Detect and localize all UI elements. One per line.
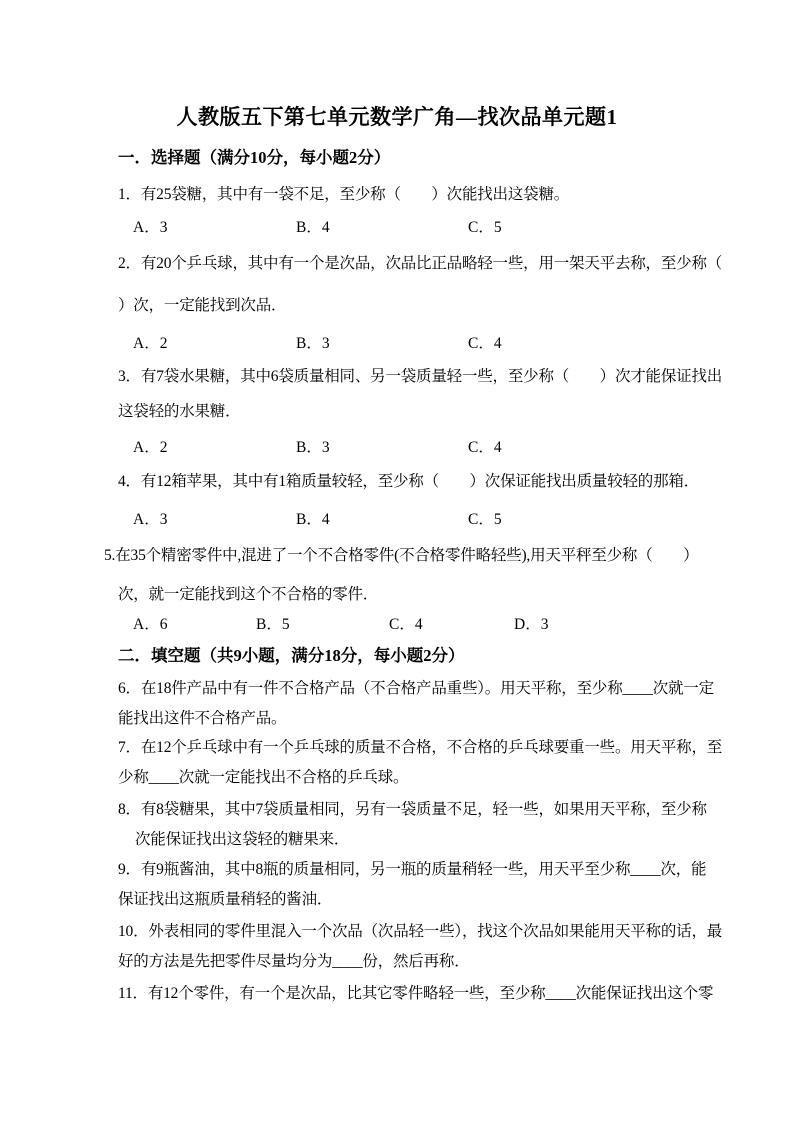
question-5-options: A．6 B．5 C．4 D．3 [118, 615, 738, 635]
question-6-line-1: 6．在18件产品中有一件不合格产品（不合格产品重些）。用天平称，至少称____次… [118, 679, 718, 699]
question-9-line-2: 保证找出这瓶质量稍轻的酱油． [118, 890, 718, 910]
option-a: A．2 [133, 438, 167, 458]
question-11-line-1: 11．有12个零件，有一个是次品，比其它零件略轻一些，至少称____次能保证找出… [118, 984, 718, 1004]
option-a: A．3 [133, 218, 167, 238]
section1-heading: 一．选择题（满分10分，每小题2分） [118, 148, 718, 168]
question-4-line-1: 4．有12箱苹果，其中有1箱质量较轻，至少称（ ）次保证能找出质量较轻的那箱． [118, 472, 718, 492]
page-title: 人教版五下第七单元数学广角—找次品单元题1 [0, 101, 794, 131]
question-10-line-2: 好的方法是先把零件尽量均分为____份，然后再称． [118, 952, 718, 972]
question-2-line-2: ）次，一定能找到次品． [118, 296, 718, 316]
option-d: D．3 [514, 615, 548, 635]
option-b: B．4 [296, 510, 330, 530]
option-c: C．5 [468, 510, 502, 530]
question-5-line-2: 次，就一定能找到这个不合格的零件． [118, 585, 718, 605]
question-7-line-1: 7．在12个乒乓球中有一个乒乓球的质量不合格，不合格的乒乓球要重一些。用天平称，… [118, 738, 718, 758]
question-7-line-2: 少称____次就一定能找出不合格的乒乓球。 [118, 768, 718, 788]
question-1-line-1: 1．有25袋糖，其中有一袋不足，至少称（ ）次能找出这袋糖。 [118, 185, 718, 205]
question-1-options: A．3 B．4 C．5 [118, 218, 738, 238]
question-2-options: A．2 B．3 C．4 [118, 334, 738, 354]
question-2-line-1: 2．有20个乒乓球，其中有一个是次品，次品比正品略轻一些，用一架天平去称，至少称… [118, 254, 718, 274]
option-c: C．4 [468, 438, 502, 458]
question-3-line-1: 3．有7袋水果糖，其中6袋质量相同、另一袋质量轻一些，至少称（ ）次才能保证找出 [118, 367, 718, 387]
question-3-options: A．2 B．3 C．4 [118, 438, 738, 458]
option-b: B．3 [296, 438, 330, 458]
option-b: B．4 [296, 218, 330, 238]
option-b: B．3 [296, 334, 330, 354]
question-8-line-2: 次能保证找出这袋轻的糖果来． [118, 830, 735, 850]
option-b: B．5 [256, 615, 290, 635]
option-c: C．5 [468, 218, 502, 238]
question-5-line-1: 5.在35个精密零件中,混进了一个不合格零件(不合格零件略轻些),用天平秤至少称… [104, 546, 704, 566]
question-4-options: A．3 B．4 C．5 [118, 510, 738, 530]
question-3-line-2: 这袋轻的水果糖． [118, 402, 718, 422]
question-6-line-2: 能找出这件不合格产品。 [118, 709, 718, 729]
option-a: A．3 [133, 510, 167, 530]
option-c: C．4 [389, 615, 423, 635]
option-c: C．4 [468, 334, 502, 354]
option-a: A．2 [133, 334, 167, 354]
question-8-line-1: 8．有8袋糖果，其中7袋质量相同，另有一袋质量不足，轻一些，如果用天平称，至少称 [118, 800, 718, 820]
question-9-line-1: 9．有9瓶酱油，其中8瓶的质量相同，另一瓶的质量稍轻一些，用天平至少称____次… [118, 860, 718, 880]
question-10-line-1: 10．外表相同的零件里混入一个次品（次品轻一些），找这个次品如果能用天平称的话，… [118, 922, 718, 942]
section2-heading: 二．填空题（共9小题，满分18分，每小题2分） [118, 646, 718, 666]
option-a: A．6 [133, 615, 167, 635]
